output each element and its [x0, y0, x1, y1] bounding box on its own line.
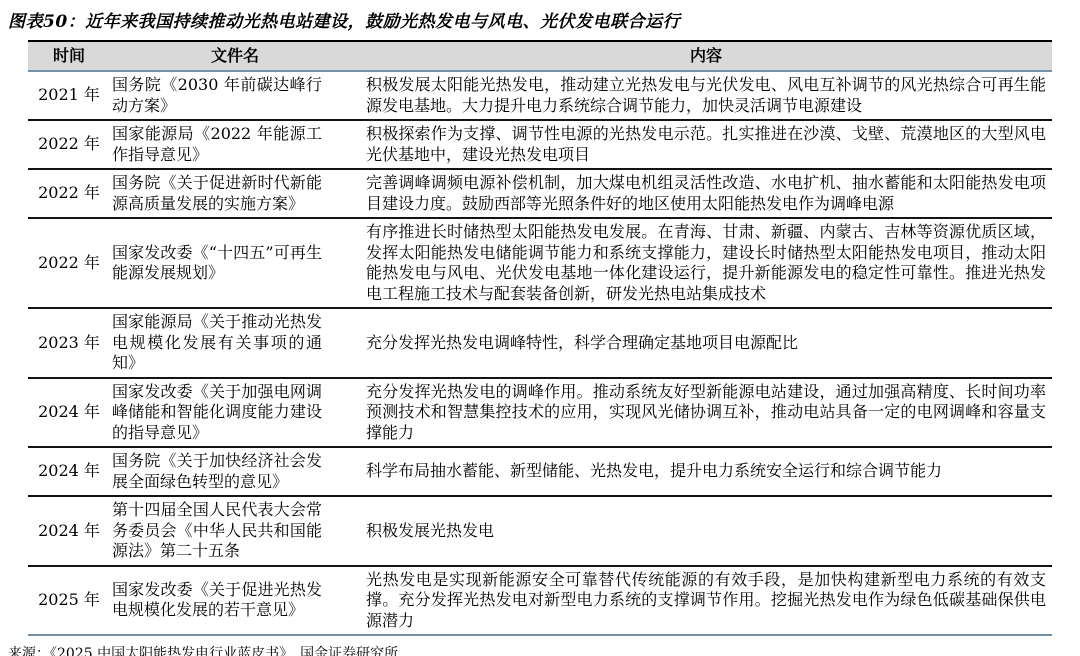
- time-text: 2023 年: [28, 333, 110, 354]
- time-text: 2024 年: [28, 521, 110, 542]
- table-row: 2022 年 国家发改委《“十四五”可再生能源发展规划》 有序推进长时储热型太阳…: [28, 217, 1052, 307]
- document-text: 国家发改委《“十四五”可再生能源发展规划》: [112, 243, 322, 284]
- content-text: 积极探索作为支撑、调节性电源的光热发电示范。扎实推进在沙漠、戈壁、荒漠地区的大型…: [366, 124, 1046, 165]
- time-text: 2022 年: [28, 253, 110, 274]
- cell-document: 国务院《关于促进新时代新能源高质量发展的实施方案》: [110, 170, 360, 217]
- figure-title: 图表50：近年来我国持续推动光热电站建设，鼓励光热发电与风电、光伏发电联合运行: [8, 7, 1052, 32]
- column-header-document: 文件名: [110, 42, 360, 70]
- column-header-content: 内容: [360, 42, 1052, 70]
- cell-time: 2025 年: [28, 567, 110, 635]
- table-header-row: 时间 文件名 内容: [28, 42, 1052, 72]
- time-text: 2022 年: [28, 134, 110, 155]
- content-text: 光热发电是实现新能源安全可靠替代传统能源的有效手段，是加快构建新型电力系统的有效…: [366, 570, 1046, 632]
- content-text: 完善调峰调频电源补偿机制，加大煤电机组灵活性改造、水电扩机、抽水蓄能和太阳能热发…: [366, 173, 1046, 214]
- cell-time: 2024 年: [28, 379, 110, 447]
- time-text: 2021 年: [28, 85, 110, 106]
- time-text: 2024 年: [28, 461, 110, 482]
- cell-time: 2024 年: [28, 497, 110, 565]
- content-text: 充分发挥光热发电的调峰作用。推动系统友好型新能源电站建设，通过加强高精度、长时间…: [366, 382, 1046, 444]
- cell-time: 2022 年: [28, 170, 110, 217]
- cell-time: 2022 年: [28, 219, 110, 307]
- content-text: 积极发展太阳能光热发电，推动建立光热发电与光伏发电、风电互补调节的风光热综合可再…: [366, 75, 1046, 116]
- cell-content: 充分发挥光热发电调峰特性，科学合理确定基地项目电源配比: [360, 309, 1052, 377]
- content-text: 充分发挥光热发电调峰特性，科学合理确定基地项目电源配比: [366, 333, 1046, 354]
- table-row: 2024 年 国务院《关于加快经济社会发展全面绿色转型的意见》 科学布局抽水蓄能…: [28, 446, 1052, 495]
- report-figure-page: 图表50：近年来我国持续推动光热电站建设，鼓励光热发电与风电、光伏发电联合运行 …: [0, 0, 1080, 656]
- cell-document: 国务院《2030 年前碳达峰行动方案》: [110, 72, 360, 119]
- document-text: 国家能源局《关于推动光热发电规模化发展有关事项的通知》: [112, 312, 322, 374]
- cell-content: 积极发展太阳能光热发电，推动建立光热发电与光伏发电、风电互补调节的风光热综合可再…: [360, 72, 1052, 119]
- cell-content: 科学布局抽水蓄能、新型储能、光热发电，提升电力系统安全运行和综合调节能力: [360, 448, 1052, 495]
- cell-content: 完善调峰调频电源补偿机制，加大煤电机组灵活性改造、水电扩机、抽水蓄能和太阳能热发…: [360, 170, 1052, 217]
- document-text: 国家发改委《关于加强电网调峰储能和智能化调度能力建设的指导意见》: [112, 382, 322, 444]
- policy-table: 时间 文件名 内容 2021 年 国务院《2030 年前碳达峰行动方案》 积极发…: [28, 40, 1052, 636]
- table-row: 2021 年 国务院《2030 年前碳达峰行动方案》 积极发展太阳能光热发电，推…: [28, 72, 1052, 119]
- cell-time: 2021 年: [28, 72, 110, 119]
- cell-document: 国家发改委《“十四五”可再生能源发展规划》: [110, 219, 360, 307]
- document-text: 国家发改委《关于促进光热发电规模化发展的若干意见》: [112, 580, 322, 621]
- document-text: 国家能源局《2022 年能源工作指导意见》: [112, 124, 322, 165]
- table-row: 2022 年 国务院《关于促进新时代新能源高质量发展的实施方案》 完善调峰调频电…: [28, 168, 1052, 217]
- content-text: 科学布局抽水蓄能、新型储能、光热发电，提升电力系统安全运行和综合调节能力: [366, 461, 1046, 482]
- cell-content: 光热发电是实现新能源安全可靠替代传统能源的有效手段，是加快构建新型电力系统的有效…: [360, 567, 1052, 635]
- cell-document: 国务院《关于加快经济社会发展全面绿色转型的意见》: [110, 448, 360, 495]
- table-row: 2025 年 国家发改委《关于促进光热发电规模化发展的若干意见》 光热发电是实现…: [28, 565, 1052, 635]
- cell-time: 2024 年: [28, 448, 110, 495]
- cell-document: 国家发改委《关于促进光热发电规模化发展的若干意见》: [110, 567, 360, 635]
- table-row: 2023 年 国家能源局《关于推动光热发电规模化发展有关事项的通知》 充分发挥光…: [28, 307, 1052, 377]
- document-text: 国务院《关于加快经济社会发展全面绿色转型的意见》: [112, 451, 322, 492]
- document-text: 国务院《2030 年前碳达峰行动方案》: [112, 75, 322, 116]
- cell-document: 国家能源局《关于推动光热发电规模化发展有关事项的通知》: [110, 309, 360, 377]
- cell-document: 第十四届全国人民代表大会常务委员会《中华人民共和国能源法》第二十五条: [110, 497, 360, 565]
- document-text: 第十四届全国人民代表大会常务委员会《中华人民共和国能源法》第二十五条: [112, 500, 322, 562]
- cell-document: 国家能源局《2022 年能源工作指导意见》: [110, 121, 360, 168]
- table-row: 2024 年 国家发改委《关于加强电网调峰储能和智能化调度能力建设的指导意见》 …: [28, 377, 1052, 447]
- document-text: 国务院《关于促进新时代新能源高质量发展的实施方案》: [112, 173, 322, 214]
- cell-document: 国家发改委《关于加强电网调峰储能和智能化调度能力建设的指导意见》: [110, 379, 360, 447]
- cell-content: 积极发展光热发电: [360, 497, 1052, 565]
- source-note: 来源：《2025 中国太阳能热发电行业蓝皮书》，国金证券研究所: [8, 643, 1052, 656]
- table-row: 2022 年 国家能源局《2022 年能源工作指导意见》 积极探索作为支撑、调节…: [28, 119, 1052, 168]
- time-text: 2022 年: [28, 183, 110, 204]
- time-text: 2025 年: [28, 590, 110, 611]
- cell-content: 积极探索作为支撑、调节性电源的光热发电示范。扎实推进在沙漠、戈壁、荒漠地区的大型…: [360, 121, 1052, 168]
- column-header-time: 时间: [28, 42, 110, 70]
- table-row: 2024 年 第十四届全国人民代表大会常务委员会《中华人民共和国能源法》第二十五…: [28, 495, 1052, 565]
- cell-time: 2022 年: [28, 121, 110, 168]
- time-text: 2024 年: [28, 402, 110, 423]
- content-text: 有序推进长时储热型太阳能热发电发展。在青海、甘肃、新疆、内蒙古、吉林等资源优质区…: [366, 222, 1046, 304]
- cell-content: 充分发挥光热发电的调峰作用。推动系统友好型新能源电站建设，通过加强高精度、长时间…: [360, 379, 1052, 447]
- content-text: 积极发展光热发电: [366, 521, 1046, 542]
- cell-time: 2023 年: [28, 309, 110, 377]
- cell-content: 有序推进长时储热型太阳能热发电发展。在青海、甘肃、新疆、内蒙古、吉林等资源优质区…: [360, 219, 1052, 307]
